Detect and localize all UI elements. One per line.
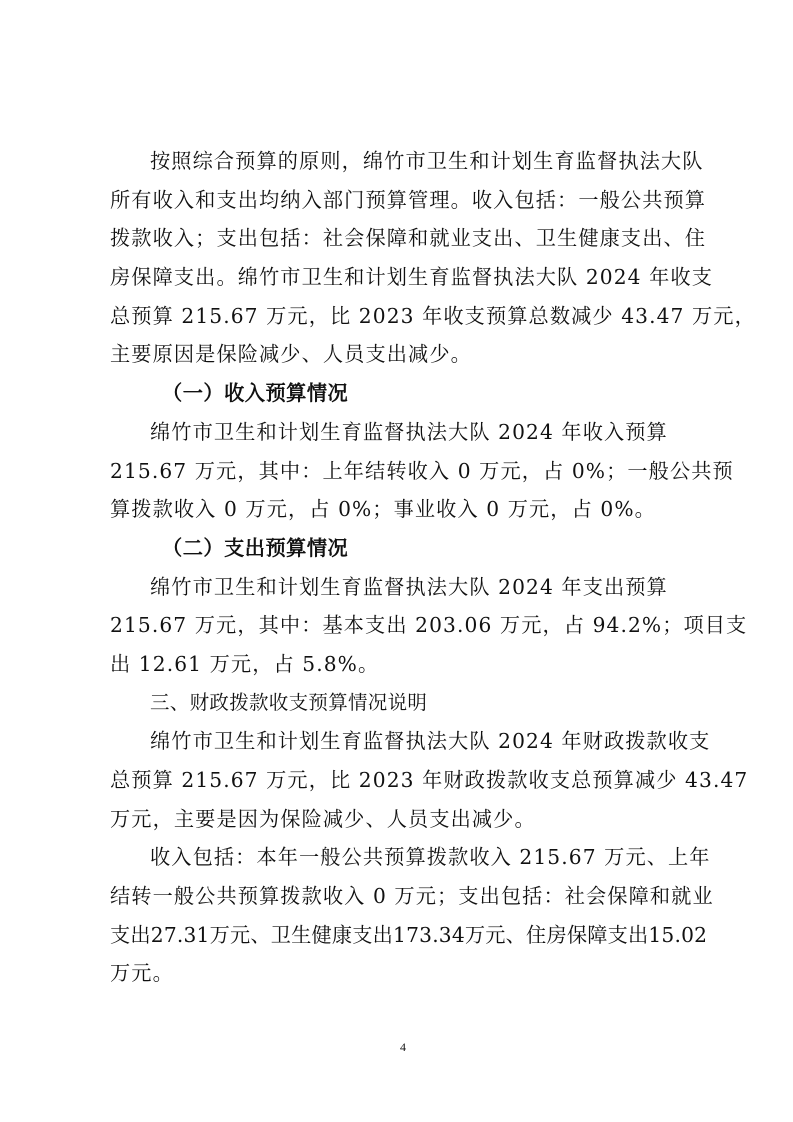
paragraph-income: 绵竹市卫生和计划生育监督执法大队 2024 年收入预算 215.67 万元，其中… [110, 413, 702, 529]
text-line: 万元，主要是因为保险减少、人员支出减少。 [110, 800, 702, 839]
text-line: 绵竹市卫生和计划生育监督执法大队 2024 年财政拨款收支 [110, 722, 702, 761]
text-line: 结转一般公共预算拨款收入 0 万元；支出包括：社会保障和就业 [110, 877, 702, 916]
paragraph-expense: 绵竹市卫生和计划生育监督执法大队 2024 年支出预算 215.67 万元，其中… [110, 568, 702, 684]
text-line: 万元。 [110, 954, 702, 993]
paragraph-breakdown: 收入包括：本年一般公共预算拨款收入 215.67 万元、上年 结转一般公共预算拨… [110, 838, 702, 993]
page-number: 4 [400, 1040, 406, 1055]
text-line: 绵竹市卫生和计划生育监督执法大队 2024 年支出预算 [110, 568, 702, 607]
document-body: 按照综合预算的原则，绵竹市卫生和计划生育监督执法大队 所有收入和支出均纳入部门预… [110, 142, 702, 993]
text-line: 出 12.61 万元，占 5.8%。 [110, 645, 702, 684]
text-line: 总预算 215.67 万元，比 2023 年财政拨款收支总预算减少 43.47 [110, 761, 702, 800]
text-line: 支出27.31万元、卫生健康支出173.34万元、住房保障支出15.02 [110, 916, 702, 955]
text-line: 收入包括：本年一般公共预算拨款收入 215.67 万元、上年 [110, 838, 702, 877]
text-line: 按照综合预算的原则，绵竹市卫生和计划生育监督执法大队 [110, 142, 702, 181]
text-line: 主要原因是保险减少、人员支出减少。 [110, 335, 702, 374]
paragraph-overview: 按照综合预算的原则，绵竹市卫生和计划生育监督执法大队 所有收入和支出均纳入部门预… [110, 142, 702, 374]
paragraph-fiscal-appropriation: 绵竹市卫生和计划生育监督执法大队 2024 年财政拨款收支 总预算 215.67… [110, 722, 702, 838]
text-line: 算拨款收入 0 万元，占 0%；事业收入 0 万元，占 0%。 [110, 490, 702, 529]
text-line: 215.67 万元，其中：基本支出 203.06 万元，占 94.2%；项目支 [110, 606, 702, 645]
text-line: 拨款收入；支出包括：社会保障和就业支出、卫生健康支出、住 [110, 219, 702, 258]
heading-expense-budget: （二）支出预算情况 [110, 529, 702, 568]
text-line: 所有收入和支出均纳入部门预算管理。收入包括：一般公共预算 [110, 181, 702, 220]
text-line: 绵竹市卫生和计划生育监督执法大队 2024 年收入预算 [110, 413, 702, 452]
text-line: 房保障支出。绵竹市卫生和计划生育监督执法大队 2024 年收支 [110, 258, 702, 297]
heading-income-budget: （一）收入预算情况 [110, 374, 702, 413]
heading-fiscal-appropriation: 三、财政拨款收支预算情况说明 [110, 684, 702, 723]
text-line: 215.67 万元，其中：上年结转收入 0 万元，占 0%；一般公共预 [110, 452, 702, 491]
text-line: 总预算 215.67 万元，比 2023 年收支预算总数减少 43.47 万元， [110, 297, 702, 336]
